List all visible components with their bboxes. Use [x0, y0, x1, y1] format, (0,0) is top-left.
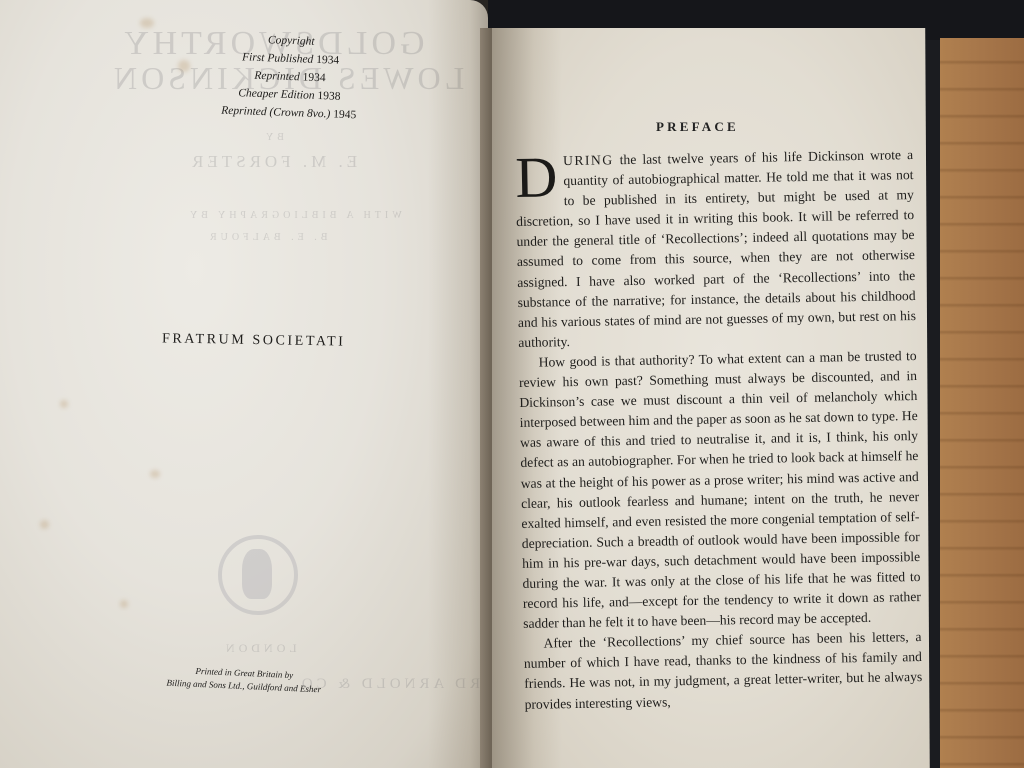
edition-label: First Published: [242, 51, 314, 65]
show-through-balfour: B. E. BALFOUR: [206, 232, 327, 243]
drop-cap: D: [515, 153, 558, 202]
edition-year: 1945: [333, 109, 356, 122]
edition-label: Reprinted (Crown 8vo.): [221, 105, 330, 121]
publisher-emblem-icon: [218, 535, 298, 615]
printer-imprint: Printed in Great Britain by Billing and …: [134, 662, 355, 698]
paragraph-2: How good is that authority? To what exte…: [519, 346, 922, 634]
edition-label: Cheaper Edition: [238, 87, 315, 102]
edition-year: 1934: [302, 71, 325, 84]
copyright-block: Copyright First Published 1934 Reprinted…: [188, 29, 391, 126]
first-word-rest: URING: [563, 152, 614, 168]
dedication: FRATRUM SOCIETATI: [162, 331, 346, 350]
foxing-spot: [120, 600, 128, 608]
edition-label: Reprinted: [254, 70, 300, 84]
left-page: GOLDSWORTHY LOWES DICKINSON BY E. M. FOR…: [0, 0, 488, 768]
paragraph-3: After the ‘Recollections’ my chief sourc…: [523, 627, 922, 714]
preface-body: DURING the last twelve years of his life…: [515, 145, 923, 714]
paragraph-1: DURING the last twelve years of his life…: [515, 145, 916, 353]
show-through-london: LONDON: [222, 641, 297, 656]
edition-year: 1938: [317, 90, 340, 103]
edition-year: 1934: [316, 54, 339, 67]
foxing-spot: [40, 520, 49, 529]
foxing-spot: [178, 60, 190, 72]
foxing-spot: [140, 18, 154, 28]
preface-heading: PREFACE: [656, 119, 739, 135]
show-through-by: BY: [262, 132, 284, 143]
paragraph-text: the last twelve years of his life Dickin…: [516, 147, 916, 350]
foxing-spot: [60, 400, 68, 408]
show-through-author: E. M. FORSTER: [188, 152, 357, 172]
wooden-table: [940, 38, 1024, 768]
show-through-with: WITH A BIBLIOGRAPHY BY: [186, 210, 402, 221]
foxing-spot: [150, 470, 160, 478]
